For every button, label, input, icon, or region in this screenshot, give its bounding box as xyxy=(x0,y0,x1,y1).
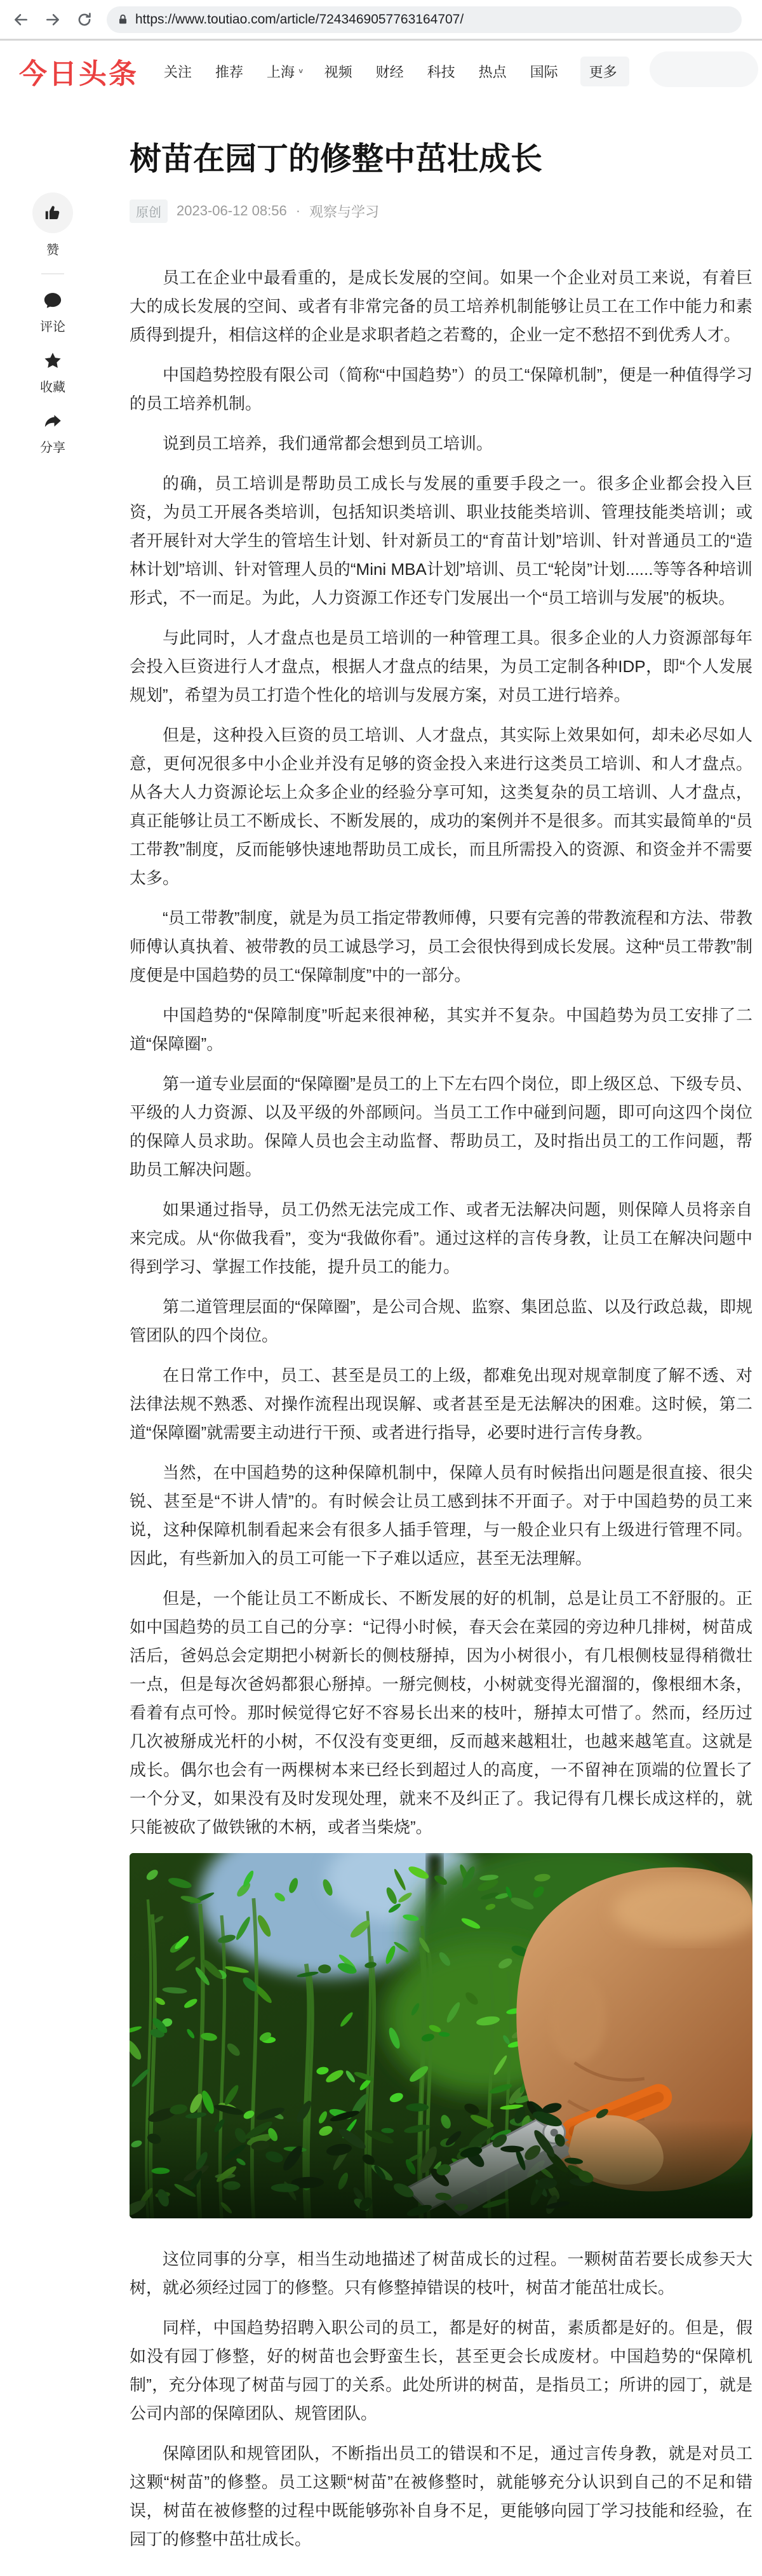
comment-icon xyxy=(43,291,62,310)
article-body-bottom: 这位同事的分享，相当生动地描述了树苗成长的过程。一颗树苗若要长成参天大树，就必须… xyxy=(130,2245,752,2554)
star-icon xyxy=(43,351,62,370)
nav-item[interactable]: 财经 xyxy=(375,57,408,86)
like-label: 赞 xyxy=(46,239,59,258)
article-paragraph: 但是，一个能让员工不断成长、不断发展的好的机制，总是让员工不舒服的。正如中国趋势… xyxy=(130,1584,752,1842)
article-meta: 原创 2023-06-12 08:56 · 观察与学习 xyxy=(130,199,752,223)
article-paragraph: 中国趋势控股有限公司（简称“中国趋势”）的员工“保障机制”，便是一种值得学习的员… xyxy=(130,361,752,418)
article-paragraph: 与此同时，人才盘点也是员工培训的一种管理工具。很多企业的人力资源部每年会投入巨资… xyxy=(130,624,752,710)
article-paragraph: 如果通过指导，员工仍然无法完成工作、或者无法解决问题，则保障人员将亲自来完成。从… xyxy=(130,1196,752,1281)
article-paragraph: 保障团队和规管团队，不断指出员工的错误和不足，通过言传身教，就是对员工这颗“树苗… xyxy=(130,2439,752,2554)
address-bar[interactable]: https://www.toutiao.com/article/72434690… xyxy=(107,6,742,33)
article-paragraph: 员工在企业中最看重的，是成长发展的空间。如果一个企业对员工来说，有着巨大的成长发… xyxy=(130,264,752,349)
article-paragraph: 同样，中国趋势招聘入职公司的员工，都是好的树苗，素质都是好的。但是，假如没有园丁… xyxy=(130,2314,752,2428)
chevron-down-icon: ∨ xyxy=(298,67,304,76)
article-title: 树苗在园丁的修整中茁壮成长 xyxy=(130,141,752,178)
article-body-top: 员工在企业中最看重的，是成长发展的空间。如果一个企业对员工来说，有着巨大的成长发… xyxy=(130,264,752,1842)
nav-item[interactable]: 国际 xyxy=(529,57,563,86)
meta-separator: · xyxy=(296,203,300,219)
favorite-button[interactable]: 收藏 xyxy=(40,351,65,395)
comment-button[interactable]: 评论 xyxy=(40,291,65,335)
article-paragraph: 这位同事的分享，相当生动地描述了树苗成长的过程。一颗树苗若要长成参天大树，就必须… xyxy=(130,2245,752,2302)
article-image-pruning-hedge[interactable] xyxy=(130,1853,752,2218)
nav-item[interactable]: 更多 xyxy=(580,57,629,86)
main-nav: 关注 推荐 上海∨ 视频 财经 科技 热点 国际 更多 xyxy=(163,57,629,86)
toutiao-logo[interactable]: 今日头条 xyxy=(19,51,138,91)
article-paragraph: 说到员工培养，我们通常都会想到员工培训。 xyxy=(130,429,752,458)
nav-item[interactable]: 科技 xyxy=(426,57,460,86)
publish-time: 2023-06-12 08:56 xyxy=(177,203,287,219)
forward-arrow-icon xyxy=(44,11,61,28)
url-text: https://www.toutiao.com/article/72434690… xyxy=(135,12,464,27)
article-paragraph: 第二道管理层面的“保障圈”，是公司合规、监察、集团总监、以及行政总裁，即规管团队… xyxy=(130,1293,752,1350)
article-paragraph: 当然，在中国趋势的这种保障机制中，保障人员有时候指出问题是很直接、很尖锐、甚至是… xyxy=(130,1459,752,1573)
article-paragraph: 但是，这种投入巨资的员工培训、人才盘点，其实际上效果如何，却未必尽如人意，更何况… xyxy=(130,721,752,893)
nav-item[interactable]: 关注 xyxy=(163,57,196,86)
article-paragraph: 的确，员工培训是帮助员工成长与发展的重要手段之一。很多企业都会投入巨资，为员工开… xyxy=(130,469,752,612)
article-paragraph: 在日常工作中，员工、甚至是员工的上级，都难免出现对规章制度了解不透、对法律法规不… xyxy=(130,1361,752,1447)
reload-icon xyxy=(76,11,93,28)
share-button[interactable]: 分享 xyxy=(40,412,65,455)
action-sidebar: 赞 评论 收藏 分享 xyxy=(32,192,74,472)
back-button[interactable] xyxy=(8,6,34,33)
article-paragraph: 中国趋势的“保障制度”听起来很神秘，其实并不复杂。中国趋势为员工安排了二道“保障… xyxy=(130,1001,752,1058)
reload-button[interactable] xyxy=(71,6,98,33)
site-header: 今日头条 关注 推荐 上海∨ 视频 财经 科技 热点 国际 更多 xyxy=(0,41,762,102)
article-paragraph: “员工带教”制度，就是为员工指定带教师傅，只要有完善的带教流程和方法、带教师傅认… xyxy=(130,904,752,990)
nav-item[interactable]: 视频 xyxy=(323,57,357,86)
back-arrow-icon xyxy=(13,11,29,28)
like-button[interactable]: 赞 xyxy=(32,192,73,258)
share-icon xyxy=(43,412,62,431)
forward-button[interactable] xyxy=(39,6,66,33)
nav-item[interactable]: 热点 xyxy=(478,57,511,86)
nav-item[interactable]: 推荐 xyxy=(214,57,248,86)
sidebar-divider xyxy=(41,273,64,274)
header-search-box[interactable] xyxy=(650,51,758,87)
original-badge: 原创 xyxy=(130,199,168,223)
article-paragraph: 第一道专业层面的“保障圈”是员工的上下左右四个岗位，即上级区总、下级专员、平级的… xyxy=(130,1070,752,1184)
thumb-up-icon xyxy=(43,203,62,222)
share-label: 分享 xyxy=(40,437,65,455)
author-source[interactable]: 观察与学习 xyxy=(309,201,379,221)
article: 树苗在园丁的修整中茁壮成长 原创 2023-06-12 08:56 · 观察与学… xyxy=(130,102,752,2565)
comment-label: 评论 xyxy=(40,316,65,335)
browser-toolbar: https://www.toutiao.com/article/72434690… xyxy=(0,0,762,41)
lock-icon xyxy=(117,13,129,25)
pruning-photo-illustration xyxy=(130,1853,752,2218)
favorite-label: 收藏 xyxy=(40,377,65,395)
nav-item[interactable]: 上海∨ xyxy=(265,57,305,86)
